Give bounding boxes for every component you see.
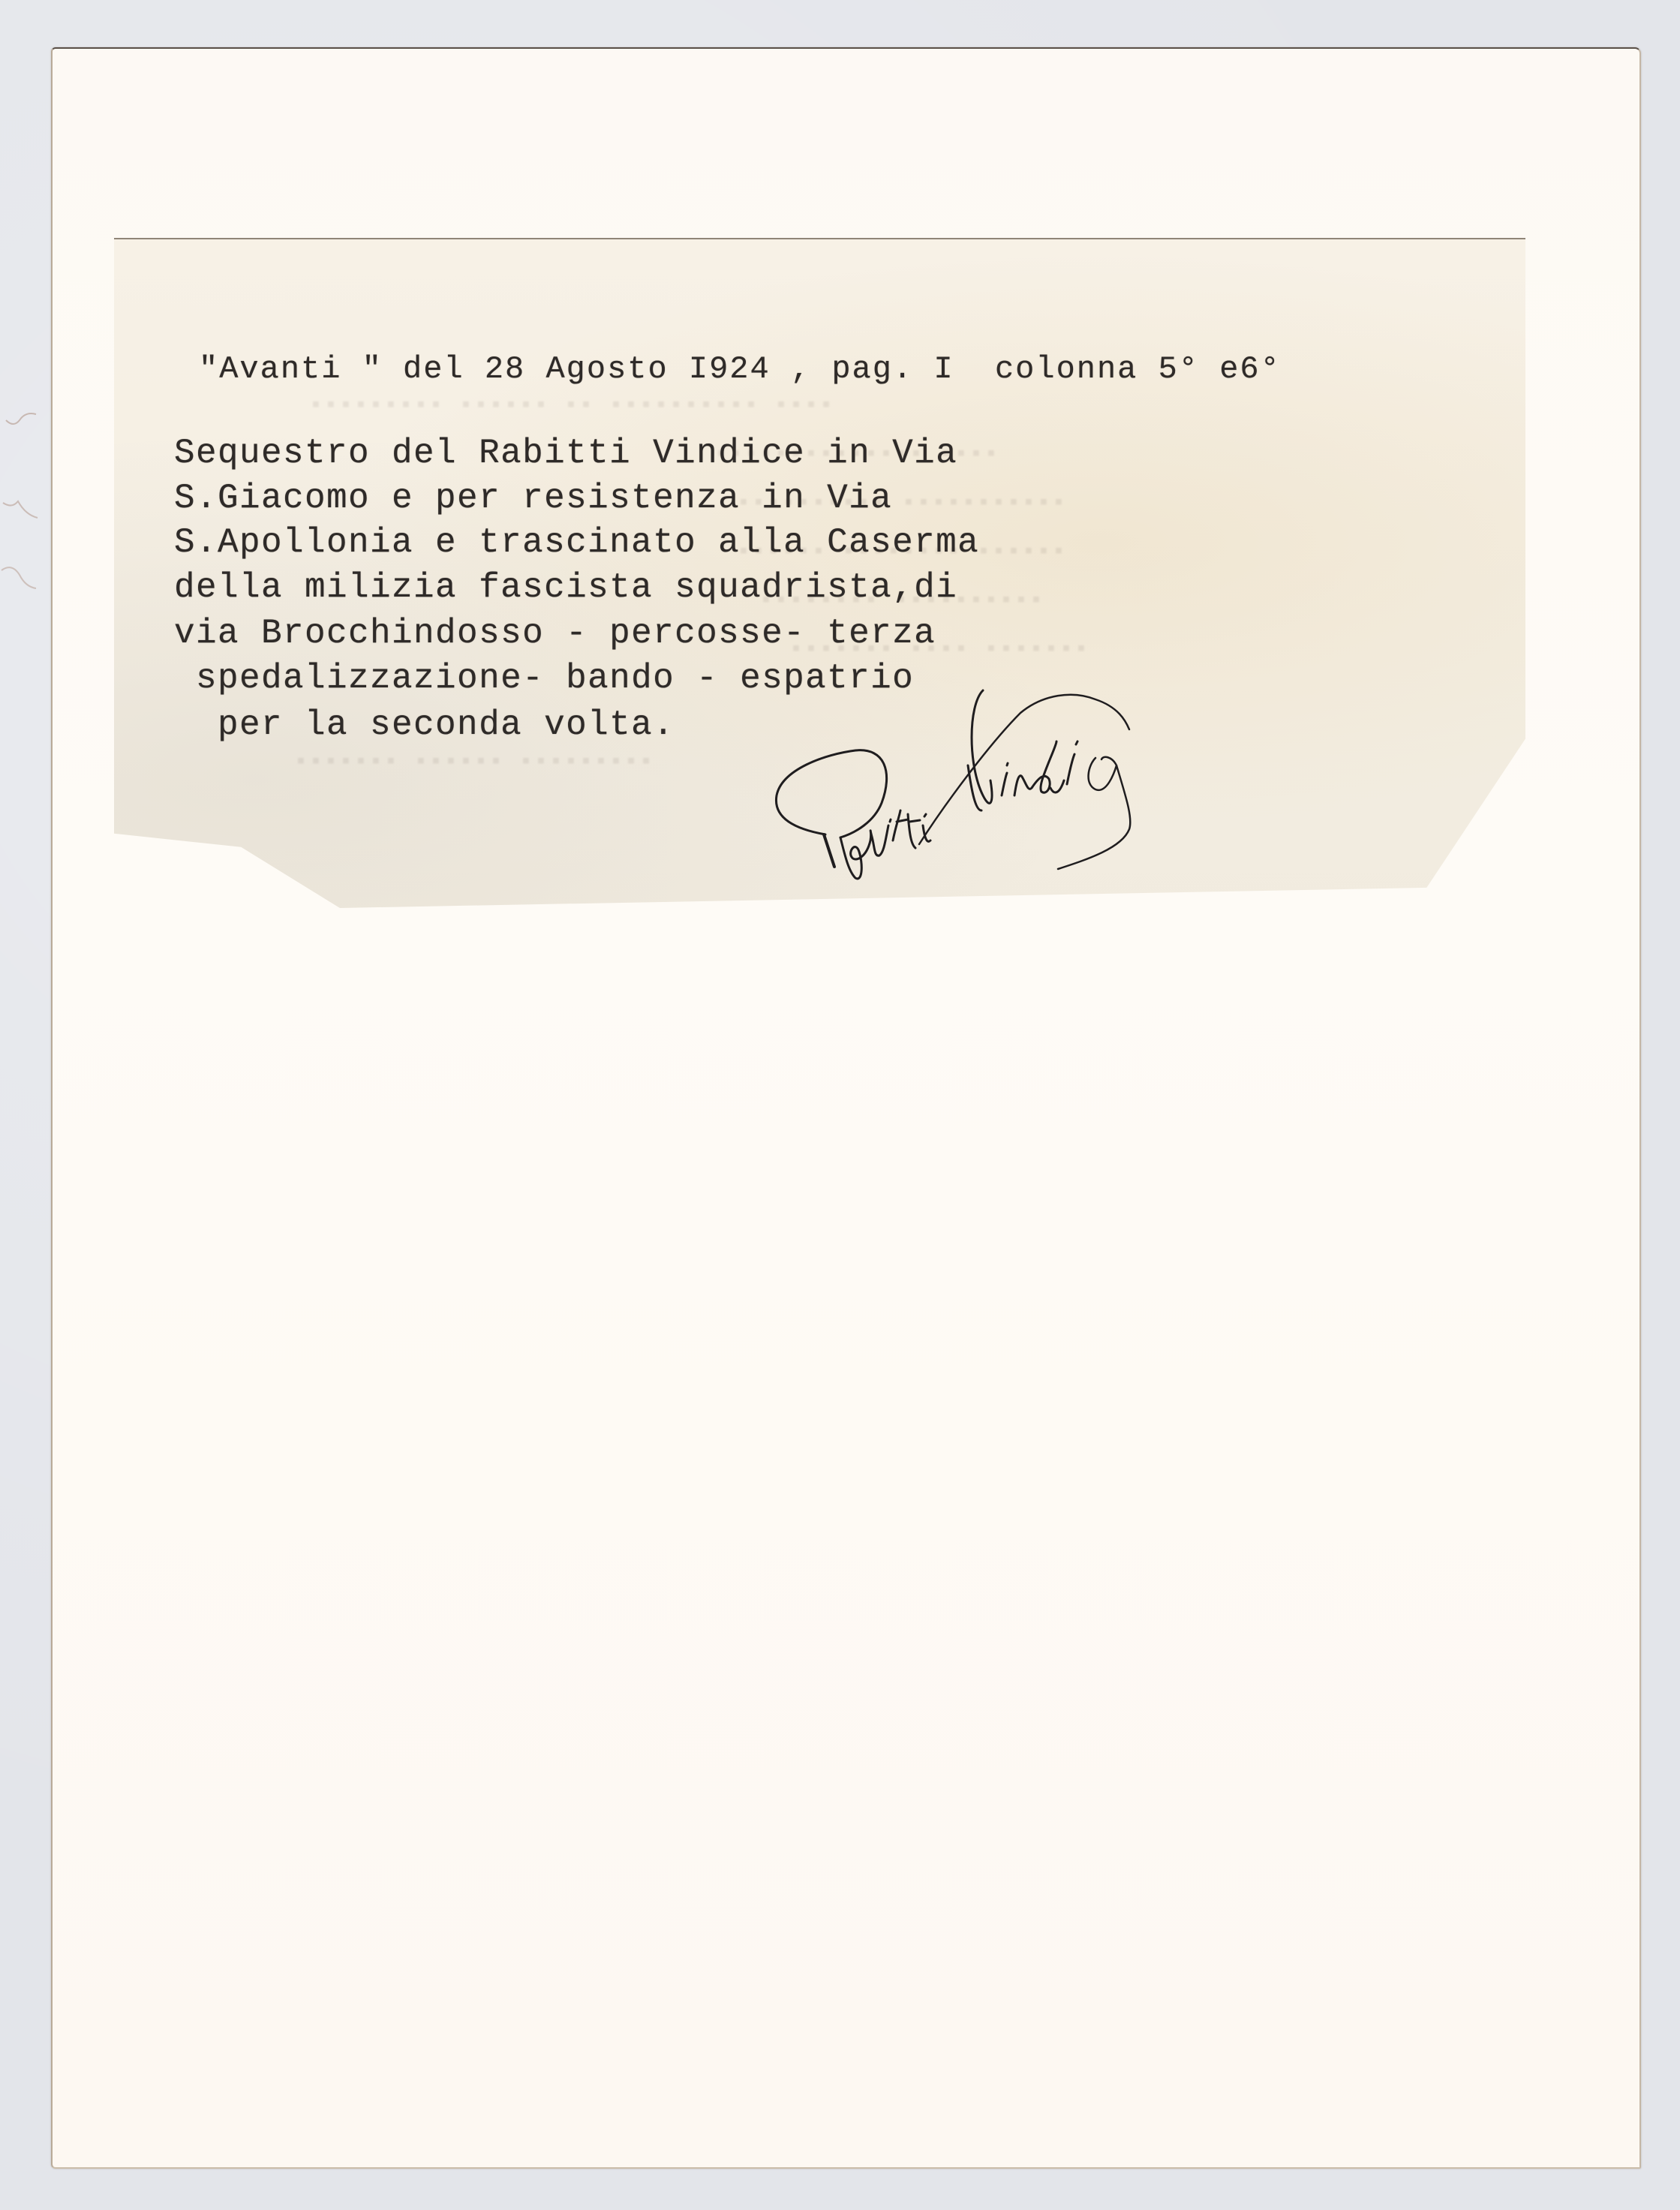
- margin-stain-marks: [0, 405, 45, 645]
- source-citation: "Avanti " del 28 Agosto I924 , pag. I co…: [199, 351, 1281, 387]
- bleed-through-text: ▪▪▪▪▪▪▪▪▪ ▪▪▪▪▪▪ ▪▪ ▪▪▪▪▪▪▪▪▪▪ ▪▪▪▪: [309, 393, 834, 419]
- body-line: S.Giacomo e per resistenza in Via: [174, 479, 892, 518]
- handwritten-signature-icon: Rabitti Vindice: [743, 660, 1388, 893]
- body-line: della milizia fascista squadrista,di: [174, 568, 957, 607]
- bleed-through-text: ▪▪▪▪▪▪▪ ▪▪▪▪▪▪ ▪▪▪▪▪▪▪▪▪: [294, 750, 654, 775]
- body-line: per la seconda volta.: [174, 705, 675, 744]
- body-line: Sequestro del Rabitti Vindice in Via: [174, 434, 957, 473]
- body-line: via Brocchindosso - percosse- terza: [174, 614, 936, 653]
- body-line: S.Apollonia e trascinato alla Caserma: [174, 523, 979, 562]
